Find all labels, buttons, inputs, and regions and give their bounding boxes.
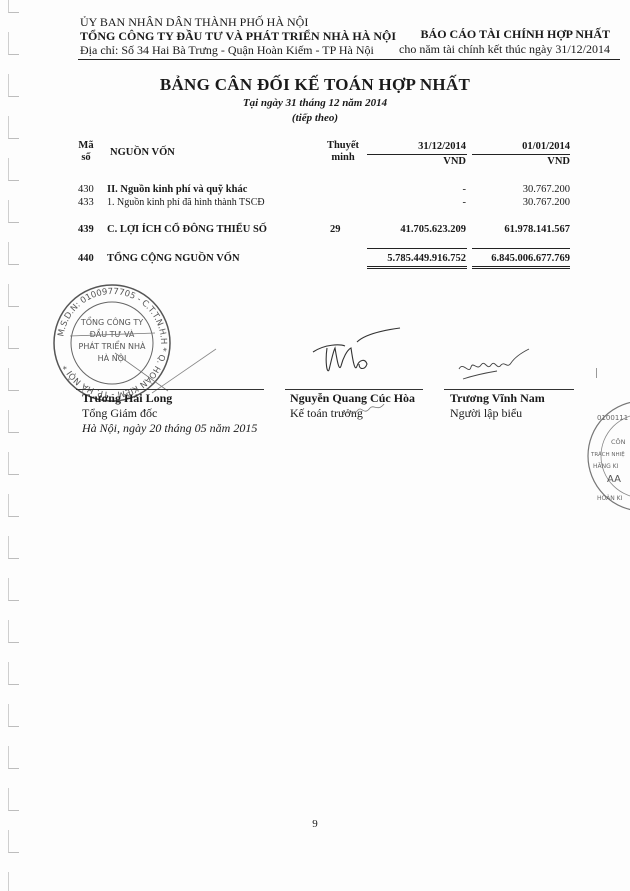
binder-mark <box>8 620 19 643</box>
row-item: C. LỢI ÍCH CỔ ĐÔNG THIỂU SỐ <box>107 224 267 235</box>
binder-mark <box>8 746 19 769</box>
header-divider <box>78 59 620 60</box>
binder-mark <box>8 368 19 391</box>
svg-text:TRÁCH NHIỆ: TRÁCH NHIỆ <box>590 450 625 458</box>
report-period: cho năm tài chính kết thúc ngày 31/12/20… <box>399 42 610 57</box>
row-code: 439 <box>78 224 94 235</box>
initial-signature-icon <box>338 402 388 422</box>
svg-text:AA: AA <box>607 474 621 485</box>
binder-mark <box>8 536 19 559</box>
binder-mark <box>8 32 19 55</box>
binder-mark <box>8 830 19 853</box>
company-header: ỦY BAN NHÂN DÂN THÀNH PHỐ HÀ NỘI TỔNG CÔ… <box>80 15 396 57</box>
total-rule-prior-top <box>472 248 570 249</box>
signature-line-accountant <box>285 389 423 390</box>
col-current-date: 31/12/2014 <box>370 141 466 152</box>
director-signature-icon <box>150 345 220 395</box>
row-code: 430 <box>78 184 94 195</box>
signing-place-date: Hà Nội, ngày 20 tháng 05 năm 2015 <box>82 421 257 436</box>
col-prior-rule <box>472 154 570 155</box>
binder-mark <box>8 200 19 223</box>
document-date: Tại ngày 31 tháng 12 năm 2014 <box>0 97 630 109</box>
row-current: - <box>370 184 466 195</box>
svg-text:TỔNG CÔNG TY: TỔNG CÔNG TY <box>80 315 143 327</box>
page-number: 9 <box>300 818 330 830</box>
margin-mark <box>596 368 597 378</box>
row-prior: 61.978.141.567 <box>474 224 570 235</box>
col-item-header: NGUỒN VỐN <box>110 147 175 158</box>
signer-role-director: Tổng Giám đốc <box>82 406 157 421</box>
row-item: TỔNG CỘNG NGUỒN VỐN <box>107 253 240 264</box>
signer-name-director: Trương Hải Long <box>82 391 172 406</box>
svg-text:PHÁT TRIỂN NHÀ: PHÁT TRIỂN NHÀ <box>79 339 147 351</box>
col-note-line1: Thuyết <box>318 140 368 152</box>
total-rule-prior-bottom <box>472 266 570 269</box>
binder-mark <box>8 494 19 517</box>
total-rule-current-bottom <box>367 266 467 269</box>
col-current-rule <box>367 154 467 155</box>
binder-mark <box>8 662 19 685</box>
row-prior: 30.767.200 <box>474 184 570 195</box>
binder-mark <box>8 326 19 349</box>
binder-mark <box>8 578 19 601</box>
binder-mark <box>8 788 19 811</box>
row-prior: 6.845.006.677.769 <box>474 253 570 264</box>
binder-mark <box>8 158 19 181</box>
document-title: BẢNG CÂN ĐỐI KẾ TOÁN HỢP NHẤT <box>0 75 630 95</box>
row-current: 41.705.623.209 <box>370 224 466 235</box>
signer-role-preparer: Người lập biểu <box>450 406 522 421</box>
col-current-unit: VND <box>370 156 466 167</box>
row-code: 440 <box>78 253 94 264</box>
binder-mark <box>8 452 19 475</box>
company-name: TỔNG CÔNG TY ĐẦU TƯ VÀ PHÁT TRIỂN NHÀ HÀ… <box>80 29 396 43</box>
col-code-line1: Mã <box>78 140 94 152</box>
chief-accountant-signature-icon <box>305 322 415 377</box>
col-prior-unit: VND <box>474 156 570 167</box>
document-continued: (tiếp theo) <box>0 112 630 124</box>
binder-mark <box>8 872 19 891</box>
col-note-header: Thuyết minh <box>318 140 368 164</box>
preparer-signature-icon <box>455 345 535 385</box>
row-item: 1. Nguồn kinh phí đã hình thành TSCĐ <box>107 197 265 208</box>
binder-mark <box>8 0 19 13</box>
signer-name-preparer: Trương Vĩnh Nam <box>450 391 545 406</box>
row-prior: 30.767.200 <box>474 197 570 208</box>
svg-text:HOÀN KI: HOÀN KI <box>597 495 623 502</box>
binder-mark <box>8 704 19 727</box>
signature-line-preparer <box>444 389 574 390</box>
binder-mark <box>8 410 19 433</box>
auditor-seal-icon: 0100111 CÔN TRÁCH NHIỆ HÃNG KI AA HOÀN K… <box>585 398 630 518</box>
col-prior-date: 01/01/2014 <box>474 141 570 152</box>
svg-text:0100111: 0100111 <box>597 414 628 422</box>
report-header: BÁO CÁO TÀI CHÍNH HỢP NHẤT cho năm tài c… <box>399 27 610 57</box>
signature-line-director <box>76 389 264 390</box>
total-rule-current-top <box>367 248 467 249</box>
svg-text:CÔN: CÔN <box>611 437 626 446</box>
report-type: BÁO CÁO TÀI CHÍNH HỢP NHẤT <box>399 27 610 42</box>
svg-text:HÀ NỘI: HÀ NỘI <box>98 352 127 363</box>
col-code-line2: số <box>78 152 94 164</box>
svg-text:HÃNG KI: HÃNG KI <box>593 463 619 470</box>
row-current: - <box>370 197 466 208</box>
row-item: II. Nguồn kinh phí và quỹ khác <box>107 184 247 195</box>
company-address: Địa chỉ: Số 34 Hai Bà Trưng - Quận Hoàn … <box>80 43 396 57</box>
row-code: 433 <box>78 197 94 208</box>
svg-text:ĐẦU TƯ VÀ: ĐẦU TƯ VÀ <box>90 327 135 339</box>
row-note: 29 <box>330 224 341 235</box>
org-parent: ỦY BAN NHÂN DÂN THÀNH PHỐ HÀ NỘI <box>80 15 396 29</box>
col-note-line2: minh <box>318 152 368 164</box>
col-code-header: Mã số <box>78 140 94 164</box>
binder-mark <box>8 284 19 307</box>
row-current: 5.785.449.916.752 <box>370 253 466 264</box>
binder-mark <box>8 242 19 265</box>
